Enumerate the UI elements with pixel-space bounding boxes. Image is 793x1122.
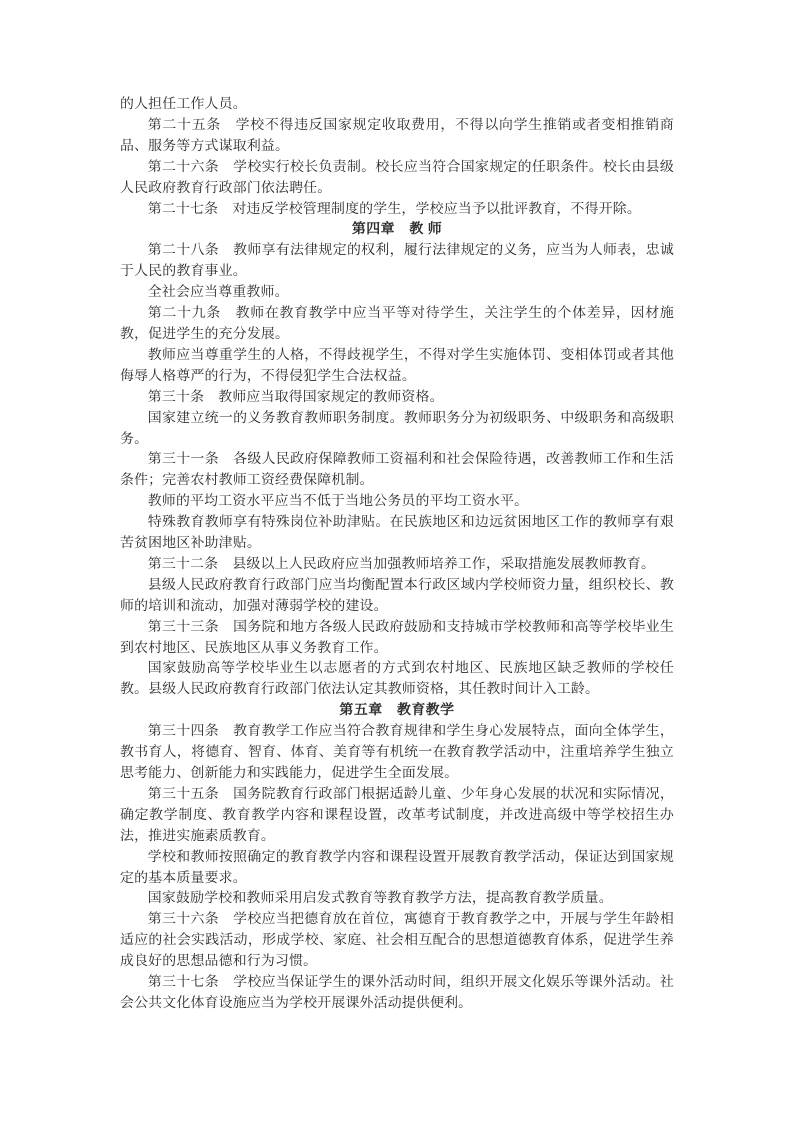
paragraph: 第三十三条 国务院和地方各级人民政府鼓励和支持城市学校教师和高等学校毕业生到农村… — [120, 618, 674, 660]
paragraph: 国家鼓励学校和教师采用启发式教育等教育教学方法，提高教育教学质量。 — [120, 889, 674, 910]
paragraph: 第三十二条 县级以上人民政府应当加强教师培养工作，采取措施发展教师教育。 — [120, 555, 674, 576]
document-body: 的人担任工作人员。第二十五条 学校不得违反国家规定收取费用，不得以向学生推销或者… — [120, 95, 674, 1015]
paragraph: 教师的平均工资水平应当不低于当地公务员的平均工资水平。 — [120, 492, 674, 513]
paragraph: 第三十七条 学校应当保证学生的课外活动时间，组织开展文化娱乐等课外活动。社会公共… — [120, 973, 674, 1015]
paragraph: 第三十六条 学校应当把德育放在首位，寓德育于教育教学之中，开展与学生年龄相适应的… — [120, 910, 674, 973]
paragraph: 第二十九条 教师在教育教学中应当平等对待学生，关注学生的个体差异，因材施教，促进… — [120, 304, 674, 346]
paragraph: 学校和教师按照确定的教育教学内容和课程设置开展教育教学活动，保证达到国家规定的基… — [120, 848, 674, 890]
paragraph: 的人担任工作人员。 — [120, 95, 674, 116]
paragraph: 第三十四条 教育教学工作应当符合教育规律和学生身心发展特点，面向全体学生，教书育… — [120, 722, 674, 785]
paragraph: 特殊教育教师享有特殊岗位补助津贴。在民族地区和边远贫困地区工作的教师享有艰苦贫困… — [120, 513, 674, 555]
paragraph: 第二十五条 学校不得违反国家规定收取费用，不得以向学生推销或者变相推销商品、服务… — [120, 116, 674, 158]
paragraph: 第三十五条 国务院教育行政部门根据适龄儿童、少年身心发展的状况和实际情况，确定教… — [120, 785, 674, 848]
paragraph: 第三十条 教师应当取得国家规定的教师资格。 — [120, 388, 674, 409]
paragraph: 第三十一条 各级人民政府保障教师工资福利和社会保险待遇，改善教师工作和生活条件；… — [120, 450, 674, 492]
paragraph: 教师应当尊重学生的人格，不得歧视学生，不得对学生实施体罚、变相体罚或者其他侮辱人… — [120, 346, 674, 388]
chapter-heading: 第四章 教 师 — [120, 220, 674, 241]
chapter-heading: 第五章 教育教学 — [120, 701, 674, 722]
paragraph: 国家建立统一的义务教育教师职务制度。教师职务分为初级职务、中级职务和高级职务。 — [120, 409, 674, 451]
paragraph: 全社会应当尊重教师。 — [120, 283, 674, 304]
paragraph: 第二十八条 教师享有法律规定的权利，履行法律规定的义务，应当为人师表，忠诚于人民… — [120, 241, 674, 283]
paragraph: 国家鼓励高等学校毕业生以志愿者的方式到农村地区、民族地区缺乏教师的学校任教。县级… — [120, 659, 674, 701]
paragraph: 第二十七条 对违反学校管理制度的学生，学校应当予以批评教育，不得开除。 — [120, 200, 674, 221]
document-page: 的人担任工作人员。第二十五条 学校不得违反国家规定收取费用，不得以向学生推销或者… — [0, 0, 793, 1122]
paragraph: 第二十六条 学校实行校长负责制。校长应当符合国家规定的任职条件。校长由县级人民政… — [120, 158, 674, 200]
paragraph: 县级人民政府教育行政部门应当均衡配置本行政区域内学校师资力量，组织校长、教师的培… — [120, 576, 674, 618]
